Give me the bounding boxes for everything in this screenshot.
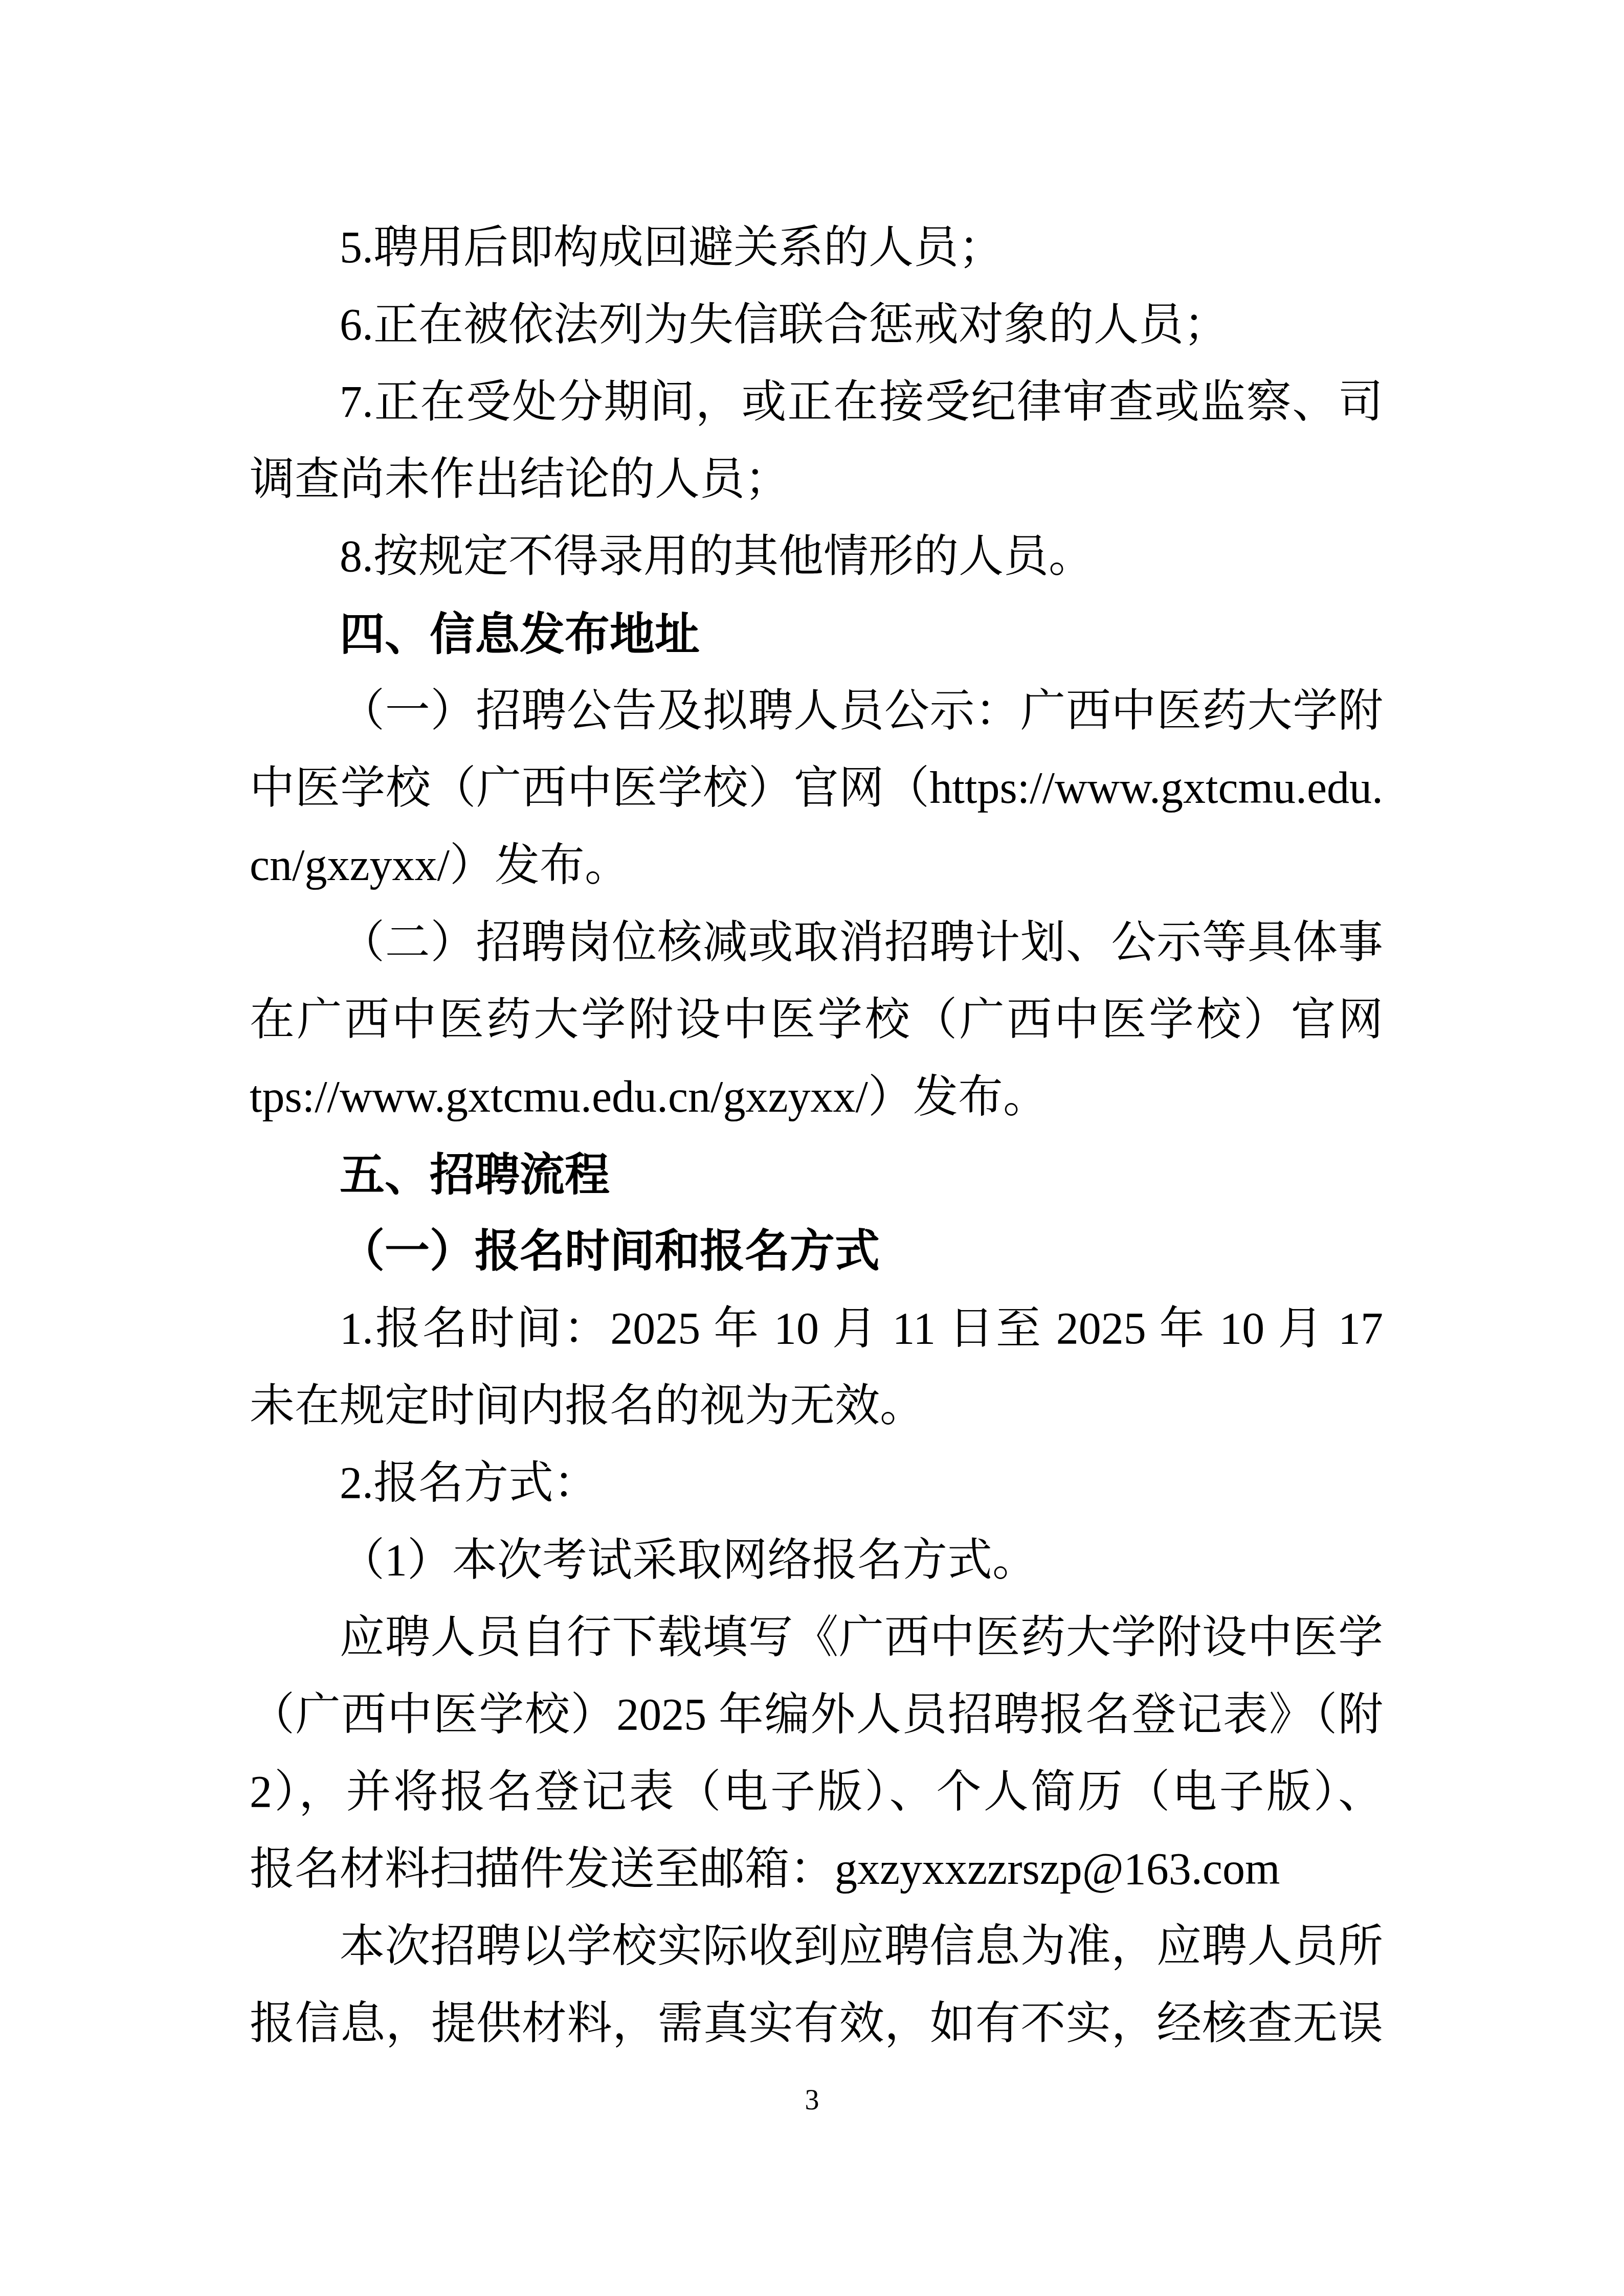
text-line: 7.正在受处分期间，或正在接受纪律审查或监察、司法 [250, 364, 1383, 441]
text-line: 五、招聘流程 [250, 1136, 1383, 1213]
text-line: 四、信息发布地址 [250, 595, 1383, 672]
text-line: 中医学校（广西中医学校）官网（https://www.gxtcmu.edu. [250, 750, 1383, 827]
text-line: （一）招聘公告及拟聘人员公示：广西中医药大学附设 [250, 672, 1383, 750]
text-line: （一）报名时间和报名方式 [250, 1213, 1383, 1290]
text-line: cn/gxzyxx/）发布。 [250, 827, 1383, 904]
text-line: 1.报名时间：2025 年 10 月 11 日至 2025 年 10 月 17 … [250, 1290, 1383, 1367]
text-line: （广西中医学校）2025 年编外人员招聘报名登记表》（附件 [250, 1676, 1383, 1753]
text-line: 未在规定时间内报名的视为无效。 [250, 1367, 1383, 1445]
text-line: 本次招聘以学校实际收到应聘信息为准，应聘人员所填 [250, 1908, 1383, 1985]
text-line: 2），并将报名登记表（电子版）、个人简历（电子版）、 [250, 1753, 1383, 1831]
text-line: 应聘人员自行下载填写《广西中医药大学附设中医学校 [250, 1599, 1383, 1676]
text-line: （二）招聘岗位核减或取消招聘计划、公示等具体事宜 [250, 904, 1383, 981]
text-line: 6.正在被依法列为失信联合惩戒对象的人员； [250, 286, 1383, 364]
text-line: 在广西中医药大学附设中医学校（广西中医学校）官网（ht [250, 981, 1383, 1059]
page-number: 3 [0, 2085, 1624, 2115]
text-block: 5.聘用后即构成回避关系的人员；6.正在被依法列为失信联合惩戒对象的人员；7.正… [250, 209, 1383, 2062]
text-line: 报信息，提供材料，需真实有效，如有不实，经核查无误后 [250, 1985, 1383, 2062]
text-line: tps://www.gxtcmu.edu.cn/gxzyxx/）发布。 [250, 1059, 1383, 1136]
text-line: 报名材料扫描件发送至邮箱：gxzyxxzzrszp@163.com [250, 1831, 1383, 1908]
document-page: 5.聘用后即构成回避关系的人员；6.正在被依法列为失信联合惩戒对象的人员；7.正… [0, 0, 1624, 2296]
text-line: （1）本次考试采取网络报名方式。 [250, 1522, 1383, 1599]
text-line: 调查尚未作出结论的人员； [250, 441, 1383, 518]
text-line: 2.报名方式： [250, 1445, 1383, 1522]
text-line: 8.按规定不得录用的其他情形的人员。 [250, 518, 1383, 595]
text-line: 5.聘用后即构成回避关系的人员； [250, 209, 1383, 286]
